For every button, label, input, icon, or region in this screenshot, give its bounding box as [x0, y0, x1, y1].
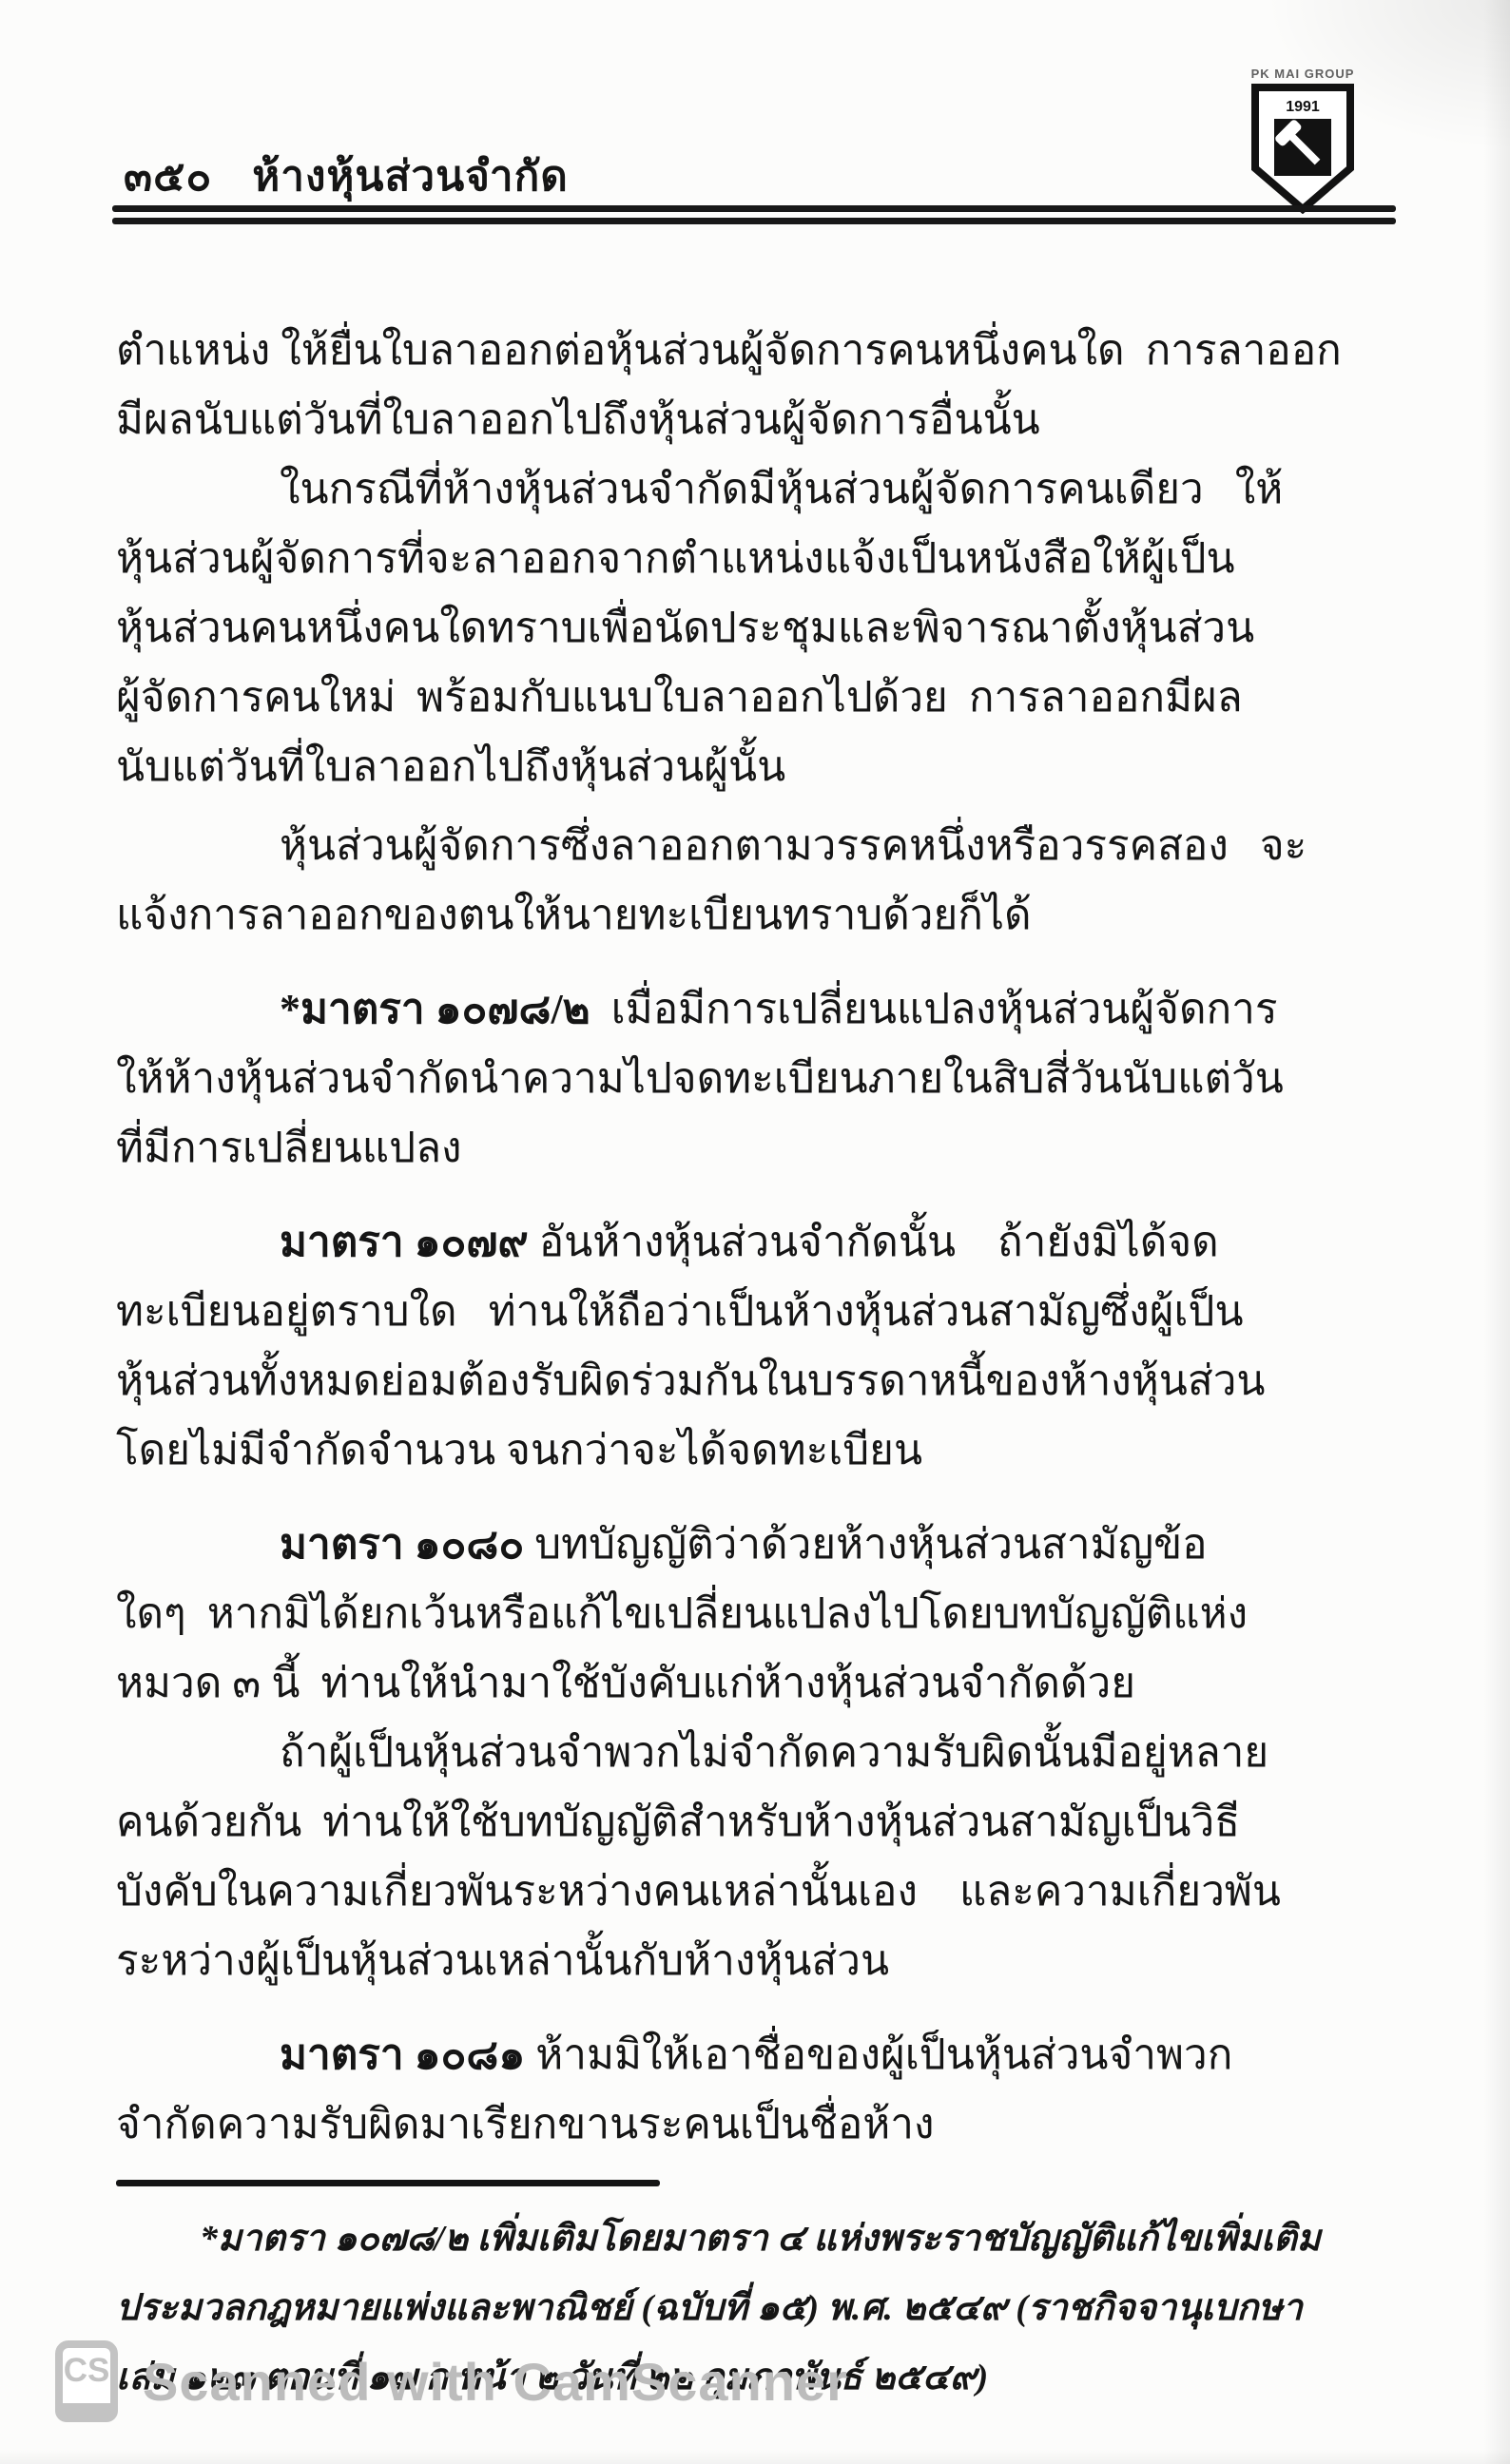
- header-rule-top: [112, 205, 1396, 212]
- text-line: ระหว่างผู้เป็นหุ้นส่วนเหล่านั้นกับห้างหุ…: [116, 1926, 1415, 1995]
- scan-shadow-bottom: [0, 2449, 1510, 2464]
- camscanner-logo-icon: CS: [55, 2340, 118, 2422]
- line-text: ทะเบียนอยู่ตราบใด ท่านให้ถือว่าเป็นห้างห…: [116, 1288, 1244, 1335]
- text-line: มาตรา ๑๐๘๐ บทบัญญัติว่าด้วยห้างหุ้นส่วนส…: [116, 1510, 1415, 1579]
- publisher-name: PK MAI GROUP: [1240, 67, 1365, 81]
- section-number: มาตรา ๑๐๘๐: [280, 1521, 524, 1568]
- section-number: มาตรา ๑๐๗๙: [280, 1219, 529, 1265]
- scanned-page: ๓๕๐ ห้างหุ้นส่วนจำกัด PK MAI GROUP 1991 …: [0, 0, 1510, 2464]
- line-text: หมวด ๓ นี้ ท่านให้นำมาใช้บังคับแก่ห้างหุ…: [116, 1660, 1135, 1706]
- text-line: จำกัดความรับผิดมาเรียกขานระคนเป็นชื่อห้า…: [116, 2089, 1415, 2159]
- text-line: แจ้งการลาออกของตนให้นายทะเบียนทราบด้วยก็…: [116, 880, 1415, 950]
- line-text: ตำแหน่ง ให้ยื่นใบลาออกต่อหุ้นส่วนผู้จัดก…: [116, 327, 1342, 374]
- footnote-text: ประมวลกฎหมายแพ่งและพาณิชย์ (ฉบับที่ ๑๕) …: [116, 2288, 1303, 2328]
- line-text: หุ้นส่วนทั้งหมดย่อมต้องรับผิดร่วมกันในบร…: [116, 1357, 1266, 1404]
- text-line: ตำแหน่ง ให้ยื่นใบลาออกต่อหุ้นส่วนผู้จัดก…: [116, 316, 1415, 385]
- text-line: มีผลนับแต่วันที่ใบลาออกไปถึงหุ้นส่วนผู้จ…: [116, 385, 1415, 454]
- text-line: คนด้วยกัน ท่านให้ใช้บทบัญญัติสำหรับห้างห…: [116, 1787, 1415, 1857]
- text-line: หมวด ๓ นี้ ท่านให้นำมาใช้บังคับแก่ห้างหุ…: [116, 1648, 1415, 1718]
- line-text: ที่มีการเปลี่ยนแปลง: [116, 1125, 462, 1171]
- line-text: ห้ามมิให้เอาชื่อของผู้เป็นหุ้นส่วนจำพวก: [525, 2031, 1232, 2078]
- cs-logo-letters: CS: [63, 2352, 110, 2390]
- line-text: หุ้นส่วนผู้จัดการซึ่งลาออกตามวรรคหนึ่งหร…: [280, 822, 1307, 869]
- svg-text:1991: 1991: [1286, 99, 1320, 115]
- text-line: ผู้จัดการคนใหม่ พร้อมกับแนบใบลาออกไปด้วย…: [116, 663, 1415, 732]
- text-line: ให้ห้างหุ้นส่วนจำกัดนำความไปจดทะเบียนภาย…: [116, 1044, 1415, 1113]
- line-text: มีผลนับแต่วันที่ใบลาออกไปถึงหุ้นส่วนผู้จ…: [116, 396, 1040, 443]
- line-text: จำกัดความรับผิดมาเรียกขานระคนเป็นชื่อห้า…: [116, 2101, 934, 2147]
- text-line: หุ้นส่วนผู้จัดการซึ่งลาออกตามวรรคหนึ่งหร…: [116, 811, 1415, 880]
- text-line: ในกรณีที่ห้างหุ้นส่วนจำกัดมีหุ้นส่วนผู้จ…: [116, 454, 1415, 524]
- publisher-logo: PK MAI GROUP 1991: [1240, 67, 1365, 214]
- text-line: ถ้าผู้เป็นหุ้นส่วนจำพวกไม่จำกัดความรับผิ…: [116, 1718, 1415, 1787]
- text-line: *มาตรา ๑๐๗๘/๒ เมื่อมีการเปลี่ยนแปลงหุ้นส…: [116, 974, 1415, 1044]
- line-text: โดยไม่มีจำกัดจำนวน จนกว่าจะได้จดทะเบียน: [116, 1427, 922, 1473]
- line-text: บังคับในความเกี่ยวพันระหว่างคนเหล่านั้นเ…: [116, 1868, 1281, 1915]
- text-line: หุ้นส่วนทั้งหมดย่อมต้องรับผิดร่วมกันในบร…: [116, 1346, 1415, 1415]
- scan-shadow-edge: [1483, 0, 1510, 2464]
- line-text: หุ้นส่วนผู้จัดการที่จะลาออกจากตำแหน่งแจ้…: [116, 535, 1235, 582]
- text-line: ทะเบียนอยู่ตราบใด ท่านให้ถือว่าเป็นห้างห…: [116, 1277, 1415, 1346]
- line-text: ให้ห้างหุ้นส่วนจำกัดนำความไปจดทะเบียนภาย…: [116, 1055, 1284, 1102]
- line-text: แจ้งการลาออกของตนให้นายทะเบียนทราบด้วยก็…: [116, 892, 1032, 938]
- text-line: มาตรา ๑๐๗๙ อันห้างหุ้นส่วนจำกัดนั้น ถ้าย…: [116, 1207, 1415, 1277]
- line-text: นับแต่วันที่ใบลาออกไปถึงหุ้นส่วนผู้นั้น: [116, 743, 785, 790]
- line-text: บทบัญญัติว่าด้วยห้างหุ้นส่วนสามัญข้อ: [524, 1521, 1207, 1568]
- text-line: หุ้นส่วนผู้จัดการที่จะลาออกจากตำแหน่งแจ้…: [116, 524, 1415, 593]
- header-rule-bottom: [112, 218, 1396, 224]
- line-text: ถ้าผู้เป็นหุ้นส่วนจำพวกไม่จำกัดความรับผิ…: [280, 1729, 1268, 1776]
- text-line: นับแต่วันที่ใบลาออกไปถึงหุ้นส่วนผู้นั้น: [116, 732, 1415, 801]
- text-line: บังคับในความเกี่ยวพันระหว่างคนเหล่านั้นเ…: [116, 1857, 1415, 1926]
- cs-logo-base: [55, 2403, 118, 2422]
- shield-gavel-icon: 1991: [1249, 83, 1356, 214]
- chapter-title: ห้างหุ้นส่วนจำกัด: [252, 143, 569, 209]
- text-line: มาตรา ๑๐๘๑ ห้ามมิให้เอาชื่อของผู้เป็นหุ้…: [116, 2020, 1415, 2089]
- line-text: ใดๆ หากมิได้ยกเว้นหรือแก้ไขเปลี่ยนแปลงไป…: [116, 1590, 1248, 1637]
- section-number: มาตรา ๑๐๘๑: [280, 2031, 525, 2078]
- line-text: ผู้จัดการคนใหม่ พร้อมกับแนบใบลาออกไปด้วย…: [116, 674, 1243, 721]
- footnote-line: *มาตรา ๑๐๗๘/๒ เพิ่มเติมโดยมาตรา ๔ แห่งพร…: [116, 2209, 1415, 2279]
- document-body: ตำแหน่ง ให้ยื่นใบลาออกต่อหุ้นส่วนผู้จัดก…: [116, 316, 1415, 2417]
- section-number: *มาตรา ๑๐๗๘/๒: [280, 986, 590, 1032]
- page-header: ๓๕๐ ห้างหุ้นส่วนจำกัด: [124, 143, 569, 209]
- footnote-text: *มาตรา ๑๐๗๘/๒ เพิ่มเติมโดยมาตรา ๔ แห่งพร…: [200, 2219, 1321, 2259]
- line-text: ในกรณีที่ห้างหุ้นส่วนจำกัดมีหุ้นส่วนผู้จ…: [280, 466, 1283, 512]
- footnote-line: ประมวลกฎหมายแพ่งและพาณิชย์ (ฉบับที่ ๑๕) …: [116, 2279, 1415, 2348]
- line-text: เมื่อมีการเปลี่ยนแปลงหุ้นส่วนผู้จัดการ: [590, 986, 1278, 1032]
- header-rule: [112, 205, 1396, 224]
- camscanner-watermark: CS Scanned with CamScanner: [55, 2340, 848, 2422]
- text-line: ใดๆ หากมิได้ยกเว้นหรือแก้ไขเปลี่ยนแปลงไป…: [116, 1579, 1415, 1648]
- line-text: ระหว่างผู้เป็นหุ้นส่วนเหล่านั้นกับห้างหุ…: [116, 1937, 889, 1984]
- line-text: คนด้วยกัน ท่านให้ใช้บทบัญญัติสำหรับห้างห…: [116, 1799, 1240, 1845]
- text-line: โดยไม่มีจำกัดจำนวน จนกว่าจะได้จดทะเบียน: [116, 1415, 1415, 1485]
- footnote-separator: [116, 2180, 660, 2186]
- line-text: หุ้นส่วนคนหนึ่งคนใดทราบเพื่อนัดประชุมและ…: [116, 605, 1254, 651]
- watermark-text: Scanned with CamScanner: [143, 2351, 848, 2413]
- line-text: อันห้างหุ้นส่วนจำกัดนั้น ถ้ายังมิได้จด: [529, 1219, 1219, 1265]
- text-line: หุ้นส่วนคนหนึ่งคนใดทราบเพื่อนัดประชุมและ…: [116, 593, 1415, 663]
- text-line: ที่มีการเปลี่ยนแปลง: [116, 1113, 1415, 1183]
- page-number: ๓๕๐: [124, 143, 212, 209]
